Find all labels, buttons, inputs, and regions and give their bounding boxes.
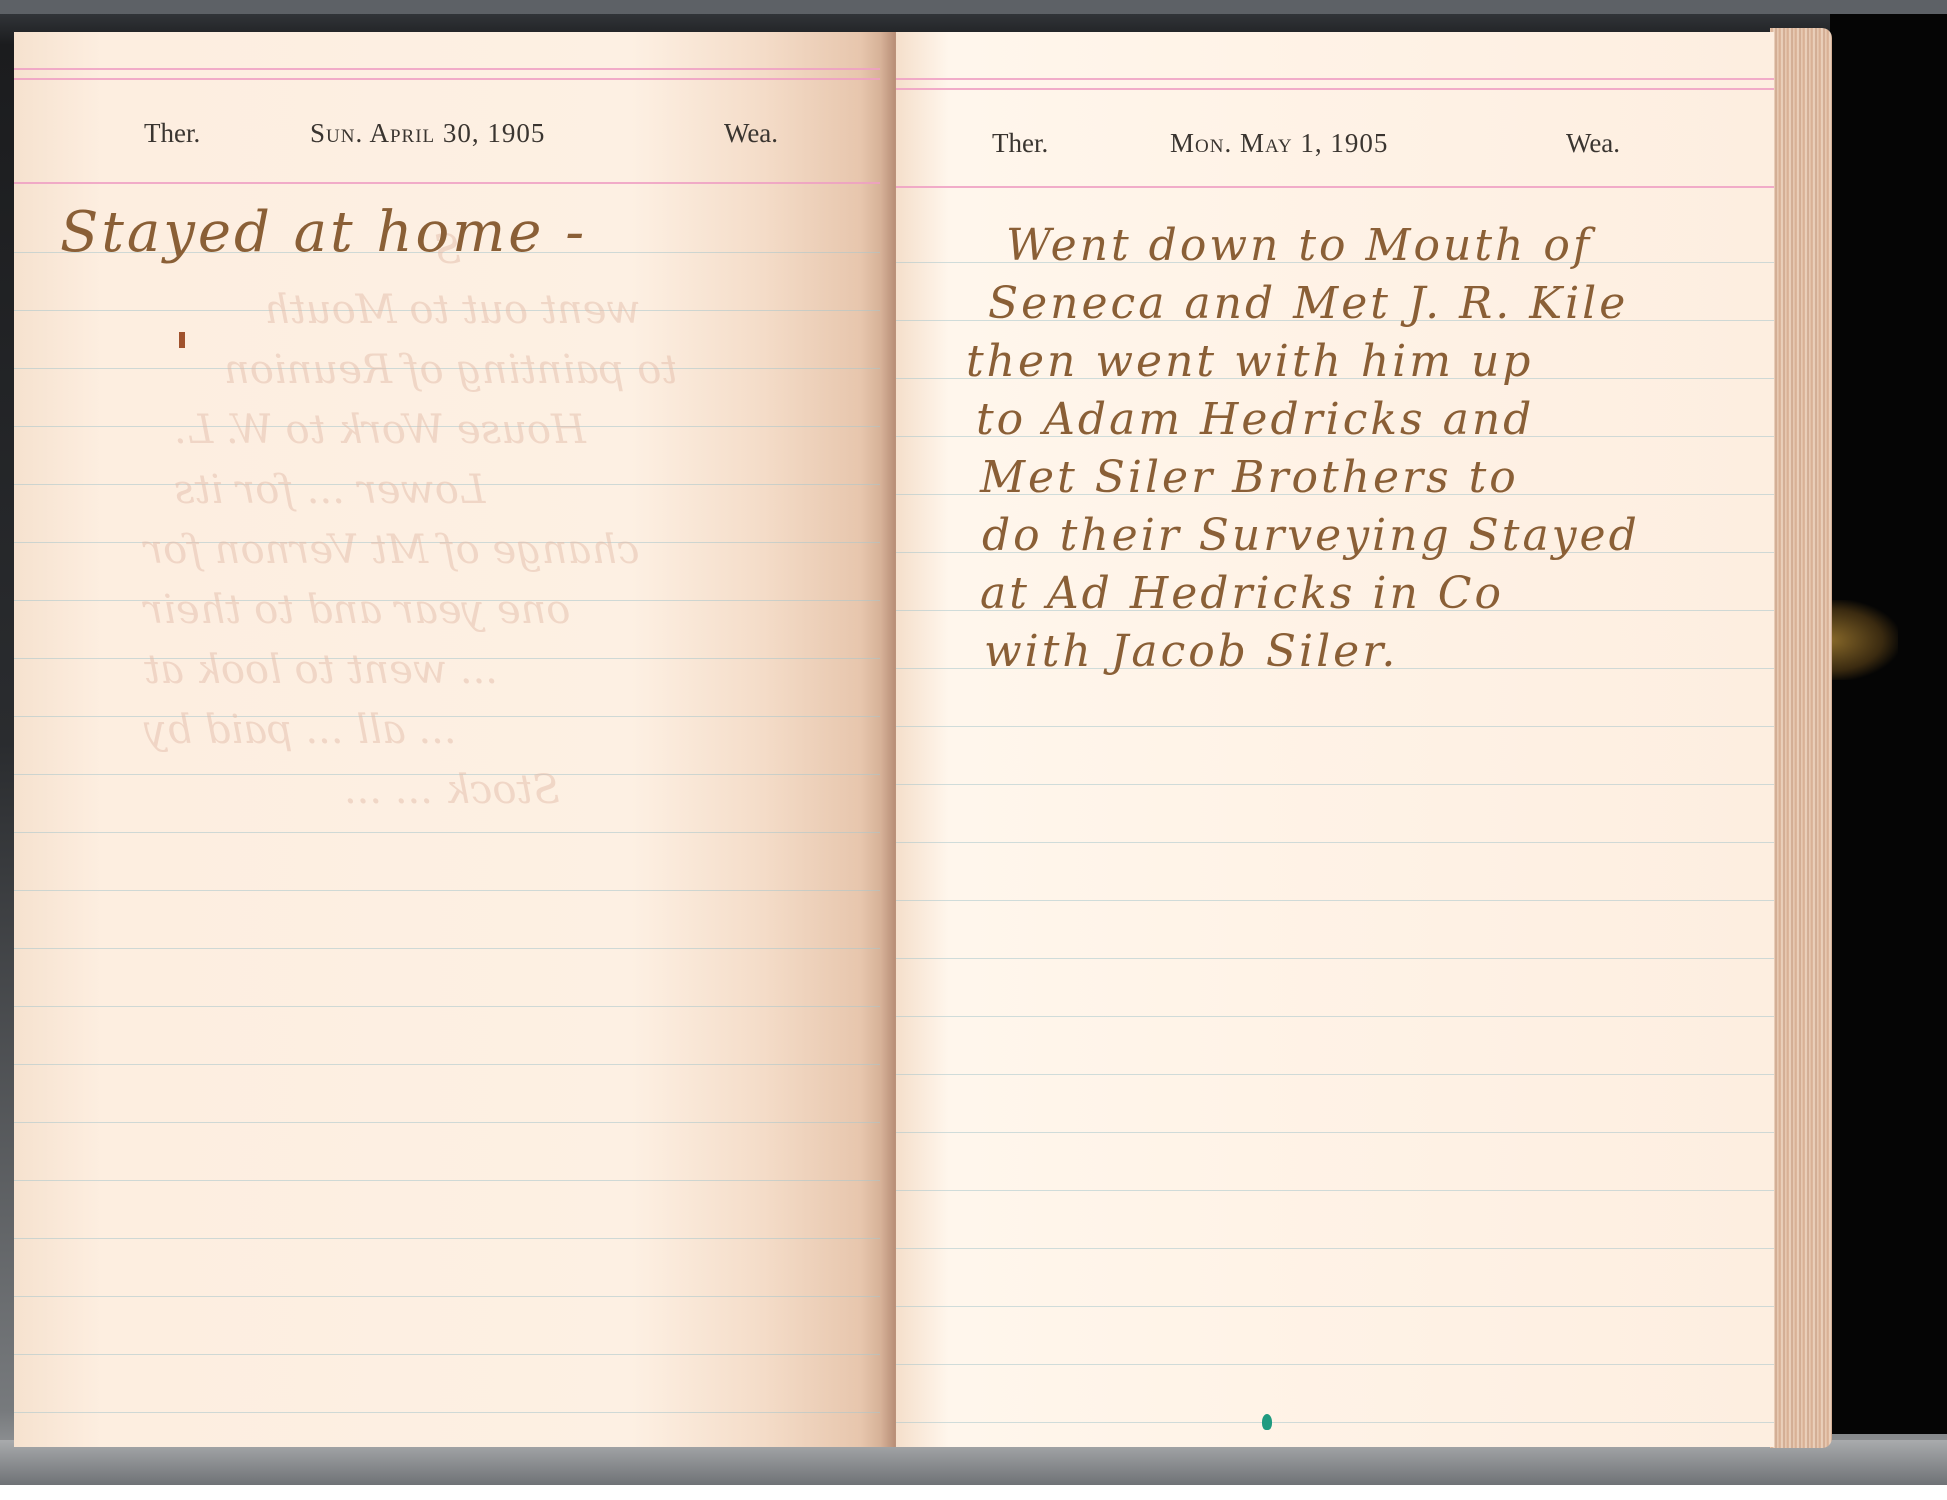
bleed-through-text: House Work to W. L. (174, 407, 586, 453)
ruled-line (14, 832, 896, 833)
handwritten-entry-line: Went down to Mouth of (1006, 220, 1592, 271)
thermometer-label: Ther. (992, 128, 1048, 159)
bleed-through-text: to painting of Reunion (224, 347, 677, 393)
bleed-through-text: ... went to look at (144, 647, 498, 693)
ruled-line (896, 1306, 1774, 1307)
dark-background-right (1830, 14, 1947, 1434)
weather-label: Wea. (1566, 128, 1620, 159)
ruled-line (896, 842, 1774, 843)
handwritten-entry-line: with Jacob Siler. (984, 626, 1398, 677)
ruled-line (14, 1238, 896, 1239)
page-date: Mon. May 1, 1905 (1170, 128, 1388, 159)
bleed-through-text: Lower ... for its (174, 467, 485, 513)
top-pink-rule-2 (14, 78, 896, 80)
ruled-line (896, 1132, 1774, 1133)
ruled-line (896, 726, 1774, 727)
header-pink-rule (896, 186, 1774, 188)
handwritten-entry-line: do their Surveying Stayed (982, 510, 1640, 561)
bleed-through-text: Stock ... ... (344, 767, 560, 813)
weather-label: Wea. (724, 118, 778, 149)
handwritten-entry-line: to Adam Hedricks and (976, 394, 1534, 445)
handwritten-entry-line: Stayed at home - (60, 200, 587, 265)
ruled-line (896, 900, 1774, 901)
ruled-line (14, 1006, 896, 1007)
handwritten-entry-line: Seneca and Met J. R. Kile (988, 278, 1628, 329)
ruled-line (14, 1412, 896, 1413)
page-edges-stack (1770, 28, 1832, 1448)
left-diary-page: Ther. Sun. April 30, 1905 Wea. S went ou… (14, 32, 896, 1447)
ruled-line (896, 1422, 1774, 1423)
ruled-line (14, 1354, 896, 1355)
top-pink-rule (896, 78, 1774, 80)
left-page-header: Ther. Sun. April 30, 1905 Wea. (14, 118, 896, 158)
scanner-top-edge (0, 0, 1947, 14)
green-ink-mark (1262, 1414, 1272, 1430)
page-date: Sun. April 30, 1905 (310, 118, 545, 149)
ruled-line (14, 890, 896, 891)
ink-mark (179, 332, 185, 348)
ruled-line (896, 1016, 1774, 1017)
ruled-line (896, 1074, 1774, 1075)
bleed-through-text: one year and to their (144, 587, 570, 633)
ruled-line (896, 784, 1774, 785)
handwritten-entry-line: at Ad Hedricks in Co (980, 568, 1504, 619)
top-pink-rule (14, 68, 896, 70)
ruled-line (14, 1064, 896, 1065)
right-diary-page: Ther. Mon. May 1, 1905 Wea. Went down to… (896, 32, 1774, 1447)
ruled-line (896, 1364, 1774, 1365)
handwritten-entry-line: then went with him up (966, 336, 1533, 387)
ruled-line (896, 958, 1774, 959)
handwritten-entry-line: Met Siler Brothers to (980, 452, 1519, 503)
ruled-line (896, 1248, 1774, 1249)
thermometer-label: Ther. (144, 118, 200, 149)
ruled-line (14, 948, 896, 949)
bleed-through-text: change of Mt Vernon for (144, 527, 639, 573)
bleed-through-text: ... all ... paid by (144, 707, 457, 753)
ruled-line (14, 1122, 896, 1123)
bleed-through-text: went out to Mouth (264, 287, 641, 333)
reflection-glint (1828, 600, 1898, 680)
ruled-line (896, 1190, 1774, 1191)
top-pink-rule-2 (896, 88, 1774, 90)
ruled-line (14, 1180, 896, 1181)
header-pink-rule (14, 182, 896, 184)
right-page-header: Ther. Mon. May 1, 1905 Wea. (896, 128, 1774, 168)
ruled-line (14, 1296, 896, 1297)
